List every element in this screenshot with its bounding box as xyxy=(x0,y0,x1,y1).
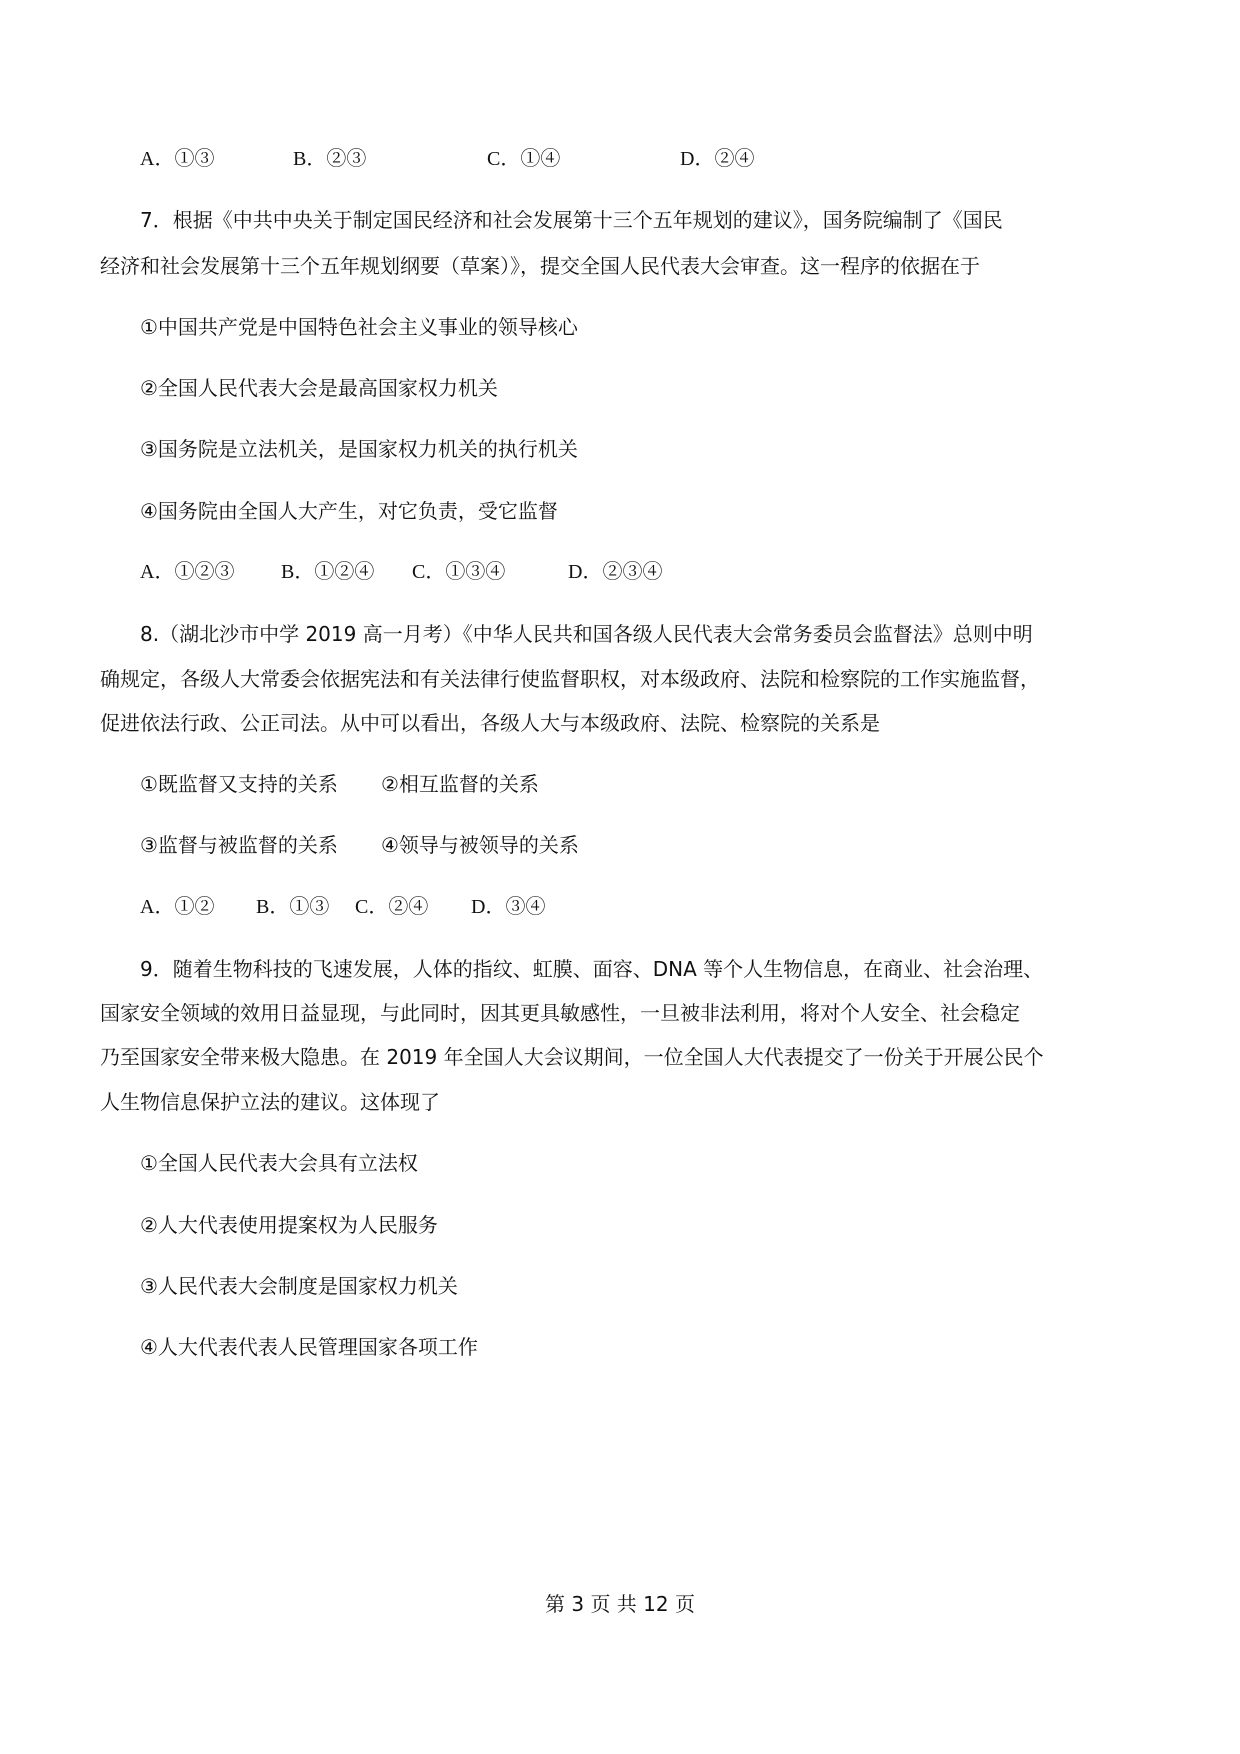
q6-option-a: A．①③ xyxy=(140,145,214,173)
q9-stem-line-2: 国家安全领域的效用日益显现，与此同时，因其更具敏感性，一旦被非法利用，将对个人安… xyxy=(100,999,1020,1027)
q7-stem-line-2: 经济和社会发展第十三个五年规划纲要（草案）》，提交全国人民代表大会审查。这一程序… xyxy=(100,252,980,280)
q6-option-b: B．②③ xyxy=(293,145,366,173)
q8-item-2: ②相互监督的关系 xyxy=(381,770,539,798)
q6-option-d: D．②④ xyxy=(680,145,754,173)
q7-option-d: D．②③④ xyxy=(568,558,662,586)
q9-stem-line-4: 人生物信息保护立法的建议。这体现了 xyxy=(100,1088,440,1116)
q7-item-4: ④国务院由全国人大产生，对它负责，受它监督 xyxy=(140,497,558,525)
q7-item-2: ②全国人民代表大会是最高国家权力机关 xyxy=(140,374,498,402)
q8-item-3: ③监督与被监督的关系 xyxy=(140,831,338,859)
q9-item-4: ④人大代表代表人民管理国家各项工作 xyxy=(140,1333,478,1361)
q9-item-1: ①全国人民代表大会具有立法权 xyxy=(140,1149,418,1177)
q8-option-d: D．③④ xyxy=(471,893,545,921)
q9-item-3: ③人民代表大会制度是国家权力机关 xyxy=(140,1272,458,1300)
q8-item-1: ①既监督又支持的关系 xyxy=(140,770,338,798)
q7-option-a: A．①②③ xyxy=(140,558,234,586)
q8-option-b: B．①③ xyxy=(256,893,329,921)
page-number-footer: 第 3 页 共 12 页 xyxy=(0,1590,1240,1618)
q9-stem-line-3: 乃至国家安全带来极大隐患。在 2019 年全国人大会议期间，一位全国人大代表提交… xyxy=(100,1043,1044,1071)
q8-option-c: C．②④ xyxy=(355,893,428,921)
q7-stem-line-1: 7．根据《中共中央关于制定国民经济和社会发展第十三个五年规划的建议》，国务院编制… xyxy=(140,206,1003,234)
q7-option-b: B．①②④ xyxy=(281,558,374,586)
q8-stem-line-3: 促进依法行政、公正司法。从中可以看出，各级人大与本级政府、法院、检察院的关系是 xyxy=(100,709,880,737)
q9-stem-line-1: 9．随着生物科技的飞速发展，人体的指纹、虹膜、面容、DNA 等个人生物信息，在商… xyxy=(140,955,1043,983)
q7-option-c: C．①③④ xyxy=(412,558,505,586)
q9-item-2: ②人大代表使用提案权为人民服务 xyxy=(140,1211,438,1239)
q8-stem-line-2: 确规定，各级人大常委会依据宪法和有关法律行使监督职权，对本级政府、法院和检察院的… xyxy=(100,665,1040,693)
q7-item-1: ①中国共产党是中国特色社会主义事业的领导核心 xyxy=(140,313,578,341)
q8-stem-line-1: 8.（湖北沙市中学 2019 高一月考）《中华人民共和国各级人民代表大会常务委员… xyxy=(140,620,1033,648)
q8-option-a: A．①② xyxy=(140,893,214,921)
q7-item-3: ③国务院是立法机关，是国家权力机关的执行机关 xyxy=(140,435,578,463)
q8-item-4: ④领导与被领导的关系 xyxy=(381,831,579,859)
q6-option-c: C．①④ xyxy=(487,145,560,173)
